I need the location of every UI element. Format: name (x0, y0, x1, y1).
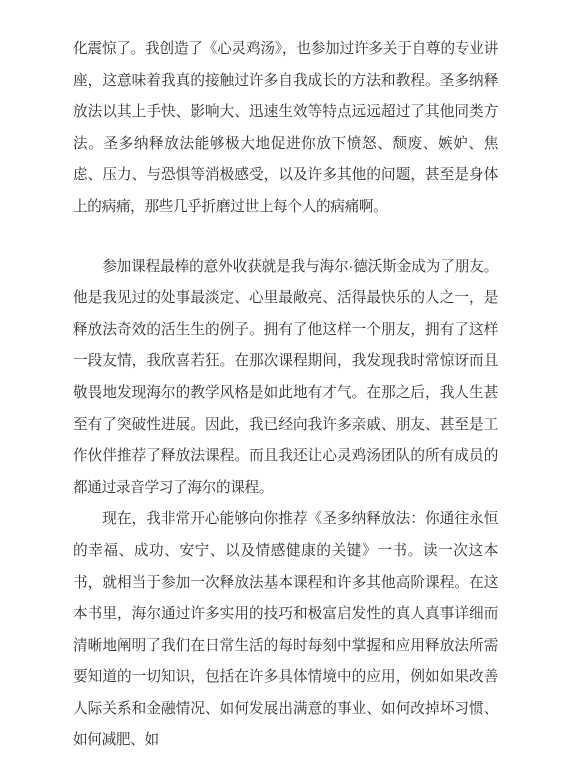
paragraph-1: 化震惊了。我创造了《心灵鸡汤》，也参加过许多关于自尊的专业讲座，这意味着我真的接… (73, 34, 498, 224)
paragraph-3: 现在，我非常开心能够向你推荐《圣多纳释放法：你通往永恒的幸福、成功、安宁、以及情… (73, 504, 498, 757)
paragraph-2: 参加课程最棒的意外收获就是我与海尔·德沃斯金成为了朋友。他是我见过的处事最淡定、… (73, 252, 498, 505)
document-page: 化震惊了。我创造了《心灵鸡汤》，也参加过许多关于自尊的专业讲座，这意味着我真的接… (0, 0, 566, 784)
